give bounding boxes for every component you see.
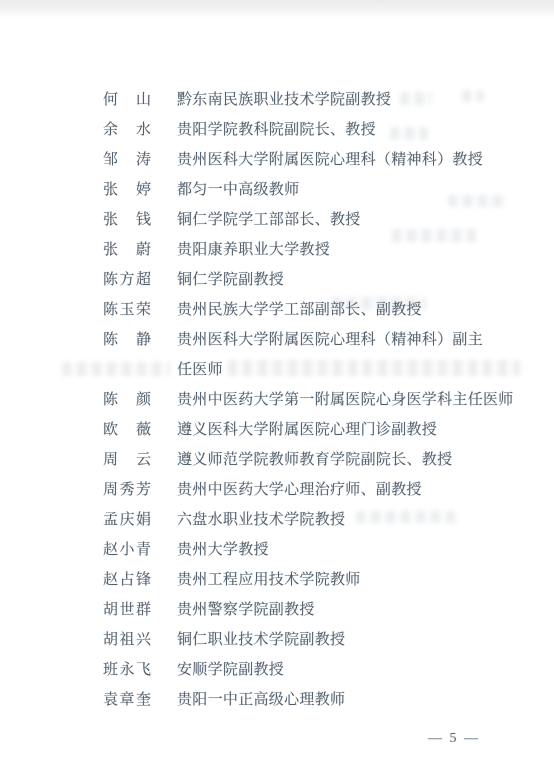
- person-name: 欧薇: [103, 415, 151, 445]
- scanned-document-page: { "page": { "background_color": "#ffffff…: [0, 0, 554, 781]
- person-title: 都匀一中高级教师: [177, 175, 299, 205]
- person-name: 赵小青: [103, 535, 151, 565]
- page-number: — 5 —: [428, 731, 480, 747]
- roster-row: 何山 黔东南民族职业技术学院副教授: [103, 85, 514, 115]
- roster-row: 胡祖兴 铜仁职业技术学院副教授: [103, 625, 514, 655]
- roster-row: 陈玉荣 贵州民族大学学工部副部长、副教授: [103, 295, 514, 325]
- person-title: 铜仁学院学工部部长、教授: [177, 205, 361, 235]
- person-title: 贵州医科大学附属医院心理科（精神科）副主 任医师: [177, 325, 483, 385]
- roster-row: 赵占锋 贵州工程应用技术学院教师: [103, 565, 514, 595]
- scanner-edge-shadow: [0, 0, 554, 18]
- roster-row: 赵小青 贵州大学教授: [103, 535, 514, 565]
- person-title: 贵州医科大学附属医院心理科（精神科）教授: [177, 145, 483, 175]
- roster-row: 邹涛 贵州医科大学附属医院心理科（精神科）教授: [103, 145, 514, 175]
- person-title: 贵阳学院教科院副院长、教授: [177, 115, 376, 145]
- roster-row: 陈方超 铜仁学院副教授: [103, 265, 514, 295]
- person-name: 陈颜: [103, 385, 151, 415]
- roster-row: 袁章奎 贵阳一中正高级心理教师: [103, 685, 514, 715]
- person-title: 安顺学院副教授: [177, 655, 284, 685]
- roster-row: 欧薇 遵义医科大学附属医院心理门诊副教授: [103, 415, 514, 445]
- person-name: 余水: [103, 115, 151, 145]
- roster-row: 胡世群 贵州警察学院副教授: [103, 595, 514, 625]
- roster-row: 陈静 贵州医科大学附属医院心理科（精神科）副主 任医师: [103, 325, 514, 385]
- person-title: 贵阳康养职业大学教授: [177, 235, 330, 265]
- person-title: 贵州民族大学学工部副部长、副教授: [177, 295, 422, 325]
- roster-row: 张蔚 贵阳康养职业大学教授: [103, 235, 514, 265]
- roster-list: 何山 黔东南民族职业技术学院副教授 余水 贵阳学院教科院副院长、教授 邹涛 贵州…: [103, 85, 514, 715]
- roster-row: 班永飞 安顺学院副教授: [103, 655, 514, 685]
- person-name: 陈玉荣: [103, 295, 151, 325]
- person-name: 邹涛: [103, 145, 151, 175]
- roster-row: 周秀芳 贵州中医药大学心理治疗师、副教授: [103, 475, 514, 505]
- person-name: 张婷: [103, 175, 151, 205]
- person-name: 周云: [103, 445, 151, 475]
- roster-row: 周云 遵义师范学院教师教育学院副院长、教授: [103, 445, 514, 475]
- roster-row: 余水 贵阳学院教科院副院长、教授: [103, 115, 514, 145]
- person-name: 陈方超: [103, 265, 151, 295]
- person-name: 张蔚: [103, 235, 151, 265]
- person-title: 贵州中医药大学心理治疗师、副教授: [177, 475, 422, 505]
- person-title: 遵义医科大学附属医院心理门诊副教授: [177, 415, 437, 445]
- person-title: 贵阳一中正高级心理教师: [177, 685, 345, 715]
- person-name: 孟庆娟: [103, 505, 151, 535]
- person-name: 何山: [103, 85, 151, 115]
- person-name: 胡祖兴: [103, 625, 151, 655]
- person-name: 胡世群: [103, 595, 151, 625]
- person-title: 六盘水职业技术学院教授: [177, 505, 345, 535]
- person-name: 袁章奎: [103, 685, 151, 715]
- person-title: 遵义师范学院教师教育学院副院长、教授: [177, 445, 452, 475]
- person-name: 陈静: [103, 325, 151, 355]
- person-name: 班永飞: [103, 655, 151, 685]
- roster-row: 张婷 都匀一中高级教师: [103, 175, 514, 205]
- person-title: 贵州工程应用技术学院教师: [177, 565, 361, 595]
- person-title: 黔东南民族职业技术学院副教授: [177, 85, 391, 115]
- person-title: 贵州中医药大学第一附属医院心身医学科主任医师: [177, 385, 514, 415]
- person-title: 贵州警察学院副教授: [177, 595, 315, 625]
- person-name: 张钱: [103, 205, 151, 235]
- person-title: 铜仁职业技术学院副教授: [177, 625, 345, 655]
- person-title: 贵州大学教授: [177, 535, 269, 565]
- person-title: 铜仁学院副教授: [177, 265, 284, 295]
- person-name: 赵占锋: [103, 565, 151, 595]
- roster-row: 孟庆娟 六盘水职业技术学院教授: [103, 505, 514, 535]
- roster-row: 陈颜 贵州中医药大学第一附属医院心身医学科主任医师: [103, 385, 514, 415]
- roster-row: 张钱 铜仁学院学工部部长、教授: [103, 205, 514, 235]
- person-name: 周秀芳: [103, 475, 151, 505]
